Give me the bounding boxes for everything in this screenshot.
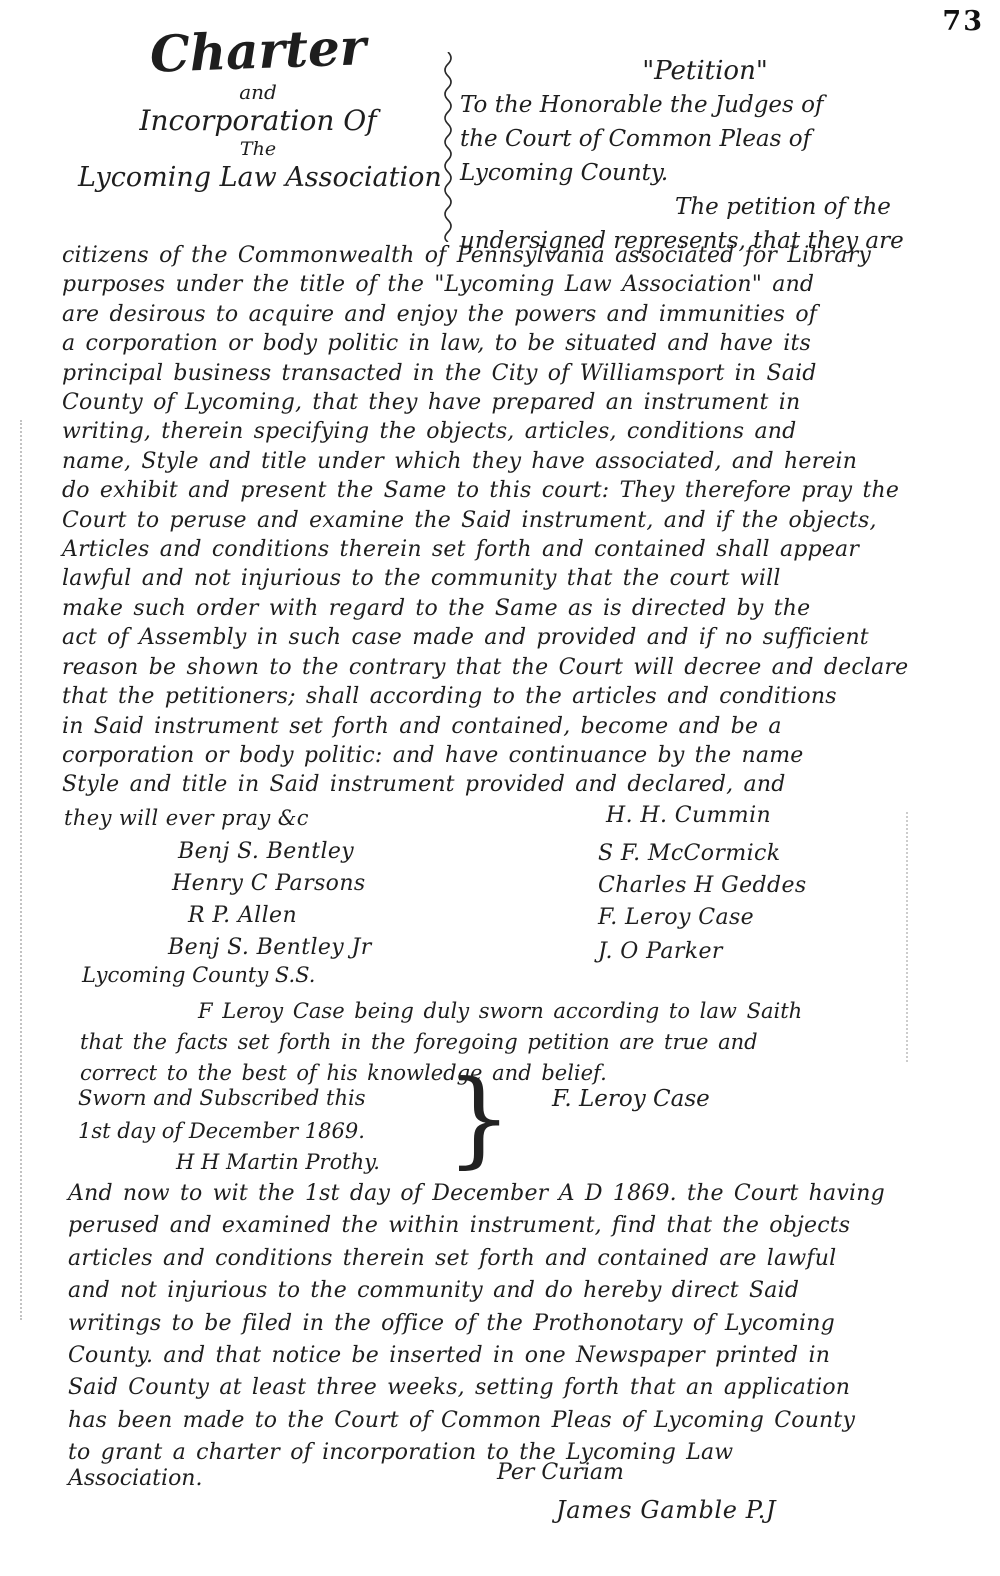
court-order: And now to wit the 1st day of December A…	[68, 1178, 968, 1470]
petition-body-line: Articles and conditions therein set fort…	[62, 535, 962, 564]
order-line: County. and that notice be inserted in o…	[68, 1340, 968, 1372]
order-line: And now to wit the 1st day of December A…	[68, 1178, 968, 1210]
per-curiam-label: Per Curiam	[497, 1460, 624, 1485]
petition-intro-line: The petition of the	[675, 190, 950, 224]
signature-name: Benj S. Bentley	[178, 839, 354, 864]
petition-address-line: Lycoming County.	[460, 156, 950, 190]
deponent-signature: F. Leroy Case	[552, 1086, 710, 1112]
charter-heading: Charter and Incorporation Of The Lycomin…	[78, 22, 438, 196]
order-association-line: Association.	[68, 1466, 202, 1491]
signature-name: R P. Allen	[188, 903, 297, 928]
order-line: and not injurious to the community and d…	[68, 1275, 968, 1307]
signature-name: J. O Parker	[598, 939, 723, 964]
petition-body-line: a corporation or body politic in law, to…	[62, 329, 962, 358]
petition-body-line: in Said instrument set forth and contain…	[62, 712, 962, 741]
charter-title: Charter	[77, 16, 439, 87]
petition-body-line: are desirous to acquire and enjoy the po…	[62, 300, 962, 329]
jurat-line: H H Martin Prothy.	[176, 1150, 380, 1174]
petition-body-line: citizens of the Commonwealth of Pennsylv…	[62, 241, 962, 270]
affidavit: F Leroy Case being duly sworn according …	[80, 996, 960, 1089]
petition-body-line: principal business transacted in the Cit…	[62, 359, 962, 388]
judge-signature: James Gamble P.J	[556, 1496, 776, 1524]
petition-body-line: do exhibit and present the Same to this …	[62, 476, 962, 505]
signature-name: Henry C Parsons	[172, 871, 366, 896]
petition-body-line: County of Lycoming, that they have prepa…	[62, 388, 962, 417]
page-number: 73	[942, 6, 984, 37]
petition-body-line: Court to peruse and examine the Said ins…	[62, 506, 962, 535]
charter-association-label: Lycoming Law Association	[78, 160, 438, 196]
signature-name: Benj S. Bentley Jr	[168, 935, 372, 960]
signature-name: S F. McCormick	[598, 841, 780, 866]
order-line: Said County at least three weeks, settin…	[68, 1372, 968, 1404]
affidavit-line: correct to the best of his knowledge and…	[80, 1058, 960, 1089]
jurat-line: 1st day of December 1869.	[78, 1119, 365, 1143]
petition-address-line: To the Honorable the Judges of	[460, 88, 950, 122]
right-margin-dots	[906, 812, 908, 1062]
petition-body-line: act of Assembly in such case made and pr…	[62, 623, 962, 652]
order-line: has been made to the Court of Common Ple…	[68, 1405, 968, 1437]
order-line: perused and examined the within instrume…	[68, 1210, 968, 1242]
squiggle-divider-line	[440, 52, 456, 246]
petition-body-line: that the petitioners; shall according to…	[62, 682, 962, 711]
charter-the-label: The	[78, 138, 438, 160]
petition-heading: "Petition" To the Honorable the Judges o…	[460, 54, 950, 258]
left-margin-dots	[20, 420, 22, 1320]
petition-body: citizens of the Commonwealth of Pennsylv…	[62, 241, 962, 800]
order-line: writings to be filed in the office of th…	[68, 1308, 968, 1340]
signature-name: F. Leroy Case	[598, 905, 754, 930]
petition-title: "Petition"	[460, 54, 950, 88]
order-line: articles and conditions therein set fort…	[68, 1243, 968, 1275]
venue-line: Lycoming County S.S.	[82, 963, 315, 987]
petition-body-line: make such order with regard to the Same …	[62, 594, 962, 623]
petition-body-line: reason be shown to the contrary that the…	[62, 653, 962, 682]
signature-name: H. H. Cummin	[606, 803, 771, 828]
jurat-brace: }	[446, 1066, 512, 1170]
charter-incorporation-label: Incorporation Of	[78, 104, 438, 138]
petition-body-line: lawful and not injurious to the communit…	[62, 564, 962, 593]
affidavit-line: F Leroy Case being duly sworn according …	[80, 996, 960, 1027]
petition-address-line: the Court of Common Pleas of	[460, 122, 950, 156]
closing-prayer-line: they will ever pray &c	[64, 806, 309, 830]
petition-body-line: purposes under the title of the "Lycomin…	[62, 270, 962, 299]
scanned-document-page: 73 Charter and Incorporation Of The Lyco…	[0, 0, 1000, 1576]
affidavit-line: that the facts set forth in the foregoin…	[80, 1027, 960, 1058]
signature-name: Charles H Geddes	[598, 873, 807, 898]
petition-body-line: corporation or body politic: and have co…	[62, 741, 962, 770]
petition-body-line: writing, therein specifying the objects,…	[62, 417, 962, 446]
petition-body-line: name, Style and title under which they h…	[62, 447, 962, 476]
petition-body-line: Style and title in Said instrument provi…	[62, 770, 962, 799]
jurat-line: Sworn and Subscribed this	[78, 1086, 366, 1110]
